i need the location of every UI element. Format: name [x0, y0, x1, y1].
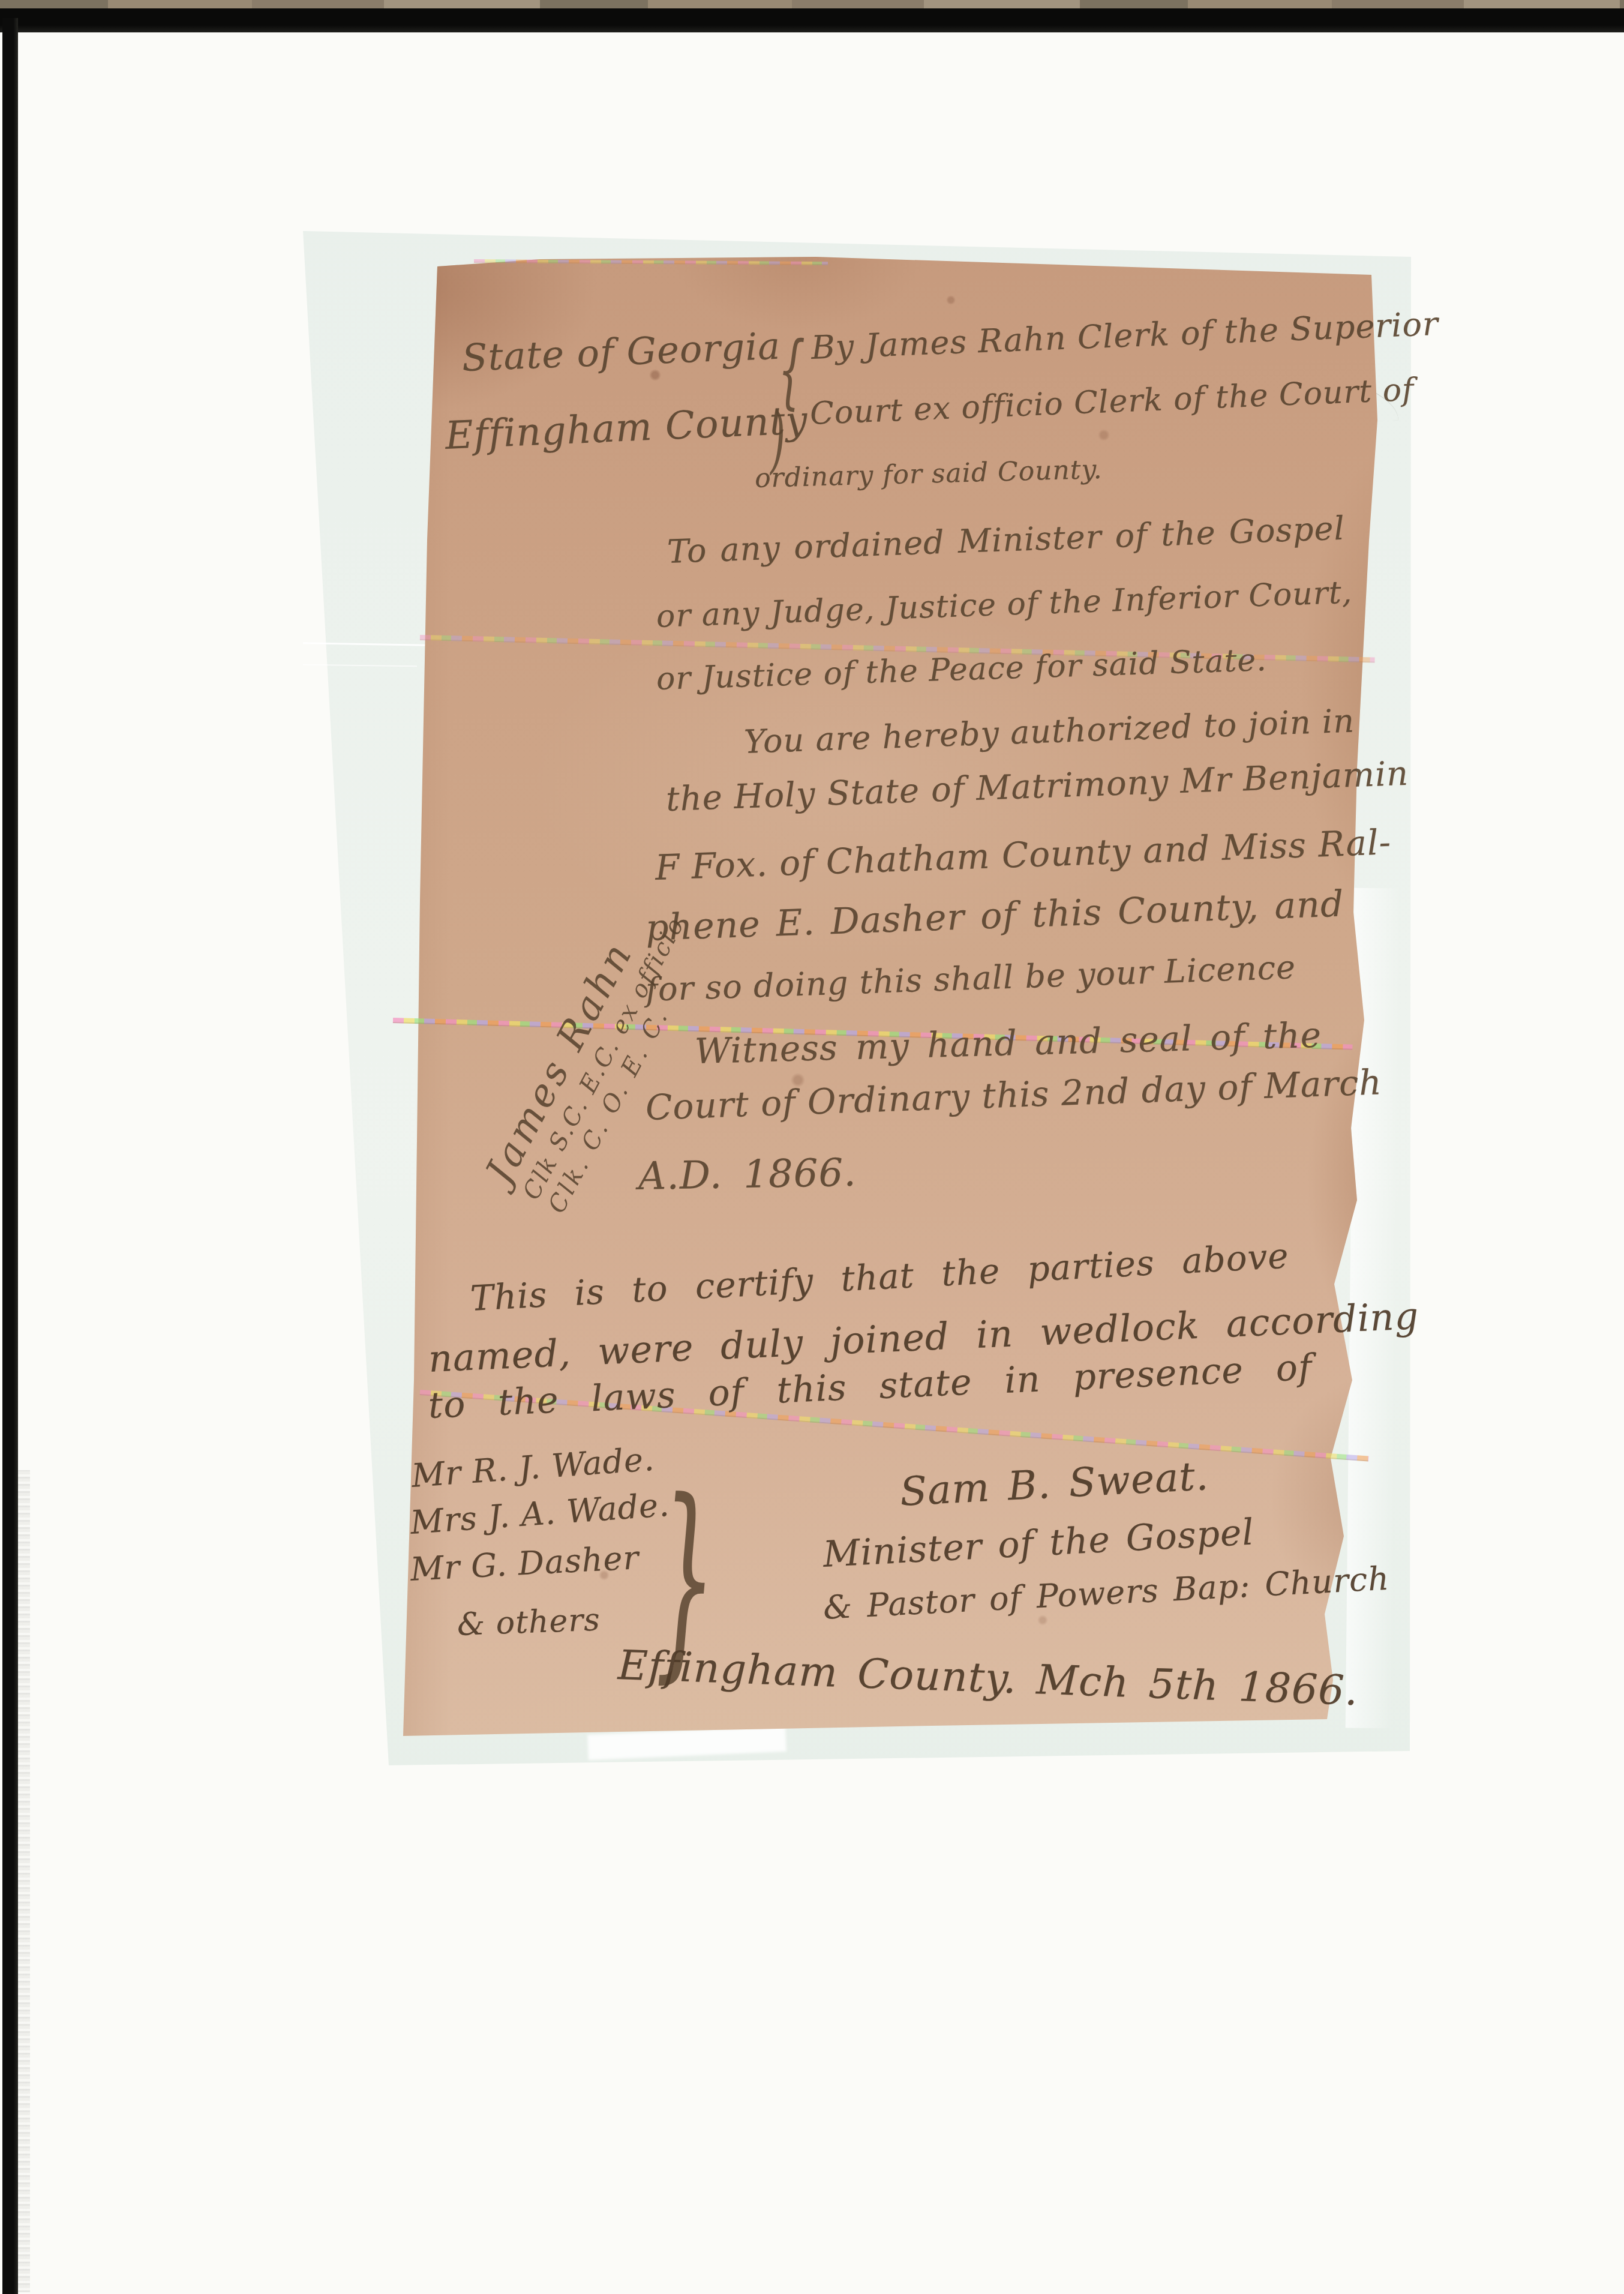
- scanned-page: State of Georgia Effingham County { ) By…: [0, 0, 1624, 2294]
- date-line: A.D. 1866.: [638, 1151, 857, 1199]
- scanner-lid-strip: [0, 0, 1624, 8]
- scan-edge-left: [2, 18, 18, 2294]
- witness-name-others: & others: [457, 1602, 601, 1643]
- scan-noise-left: [18, 1470, 30, 2292]
- scan-edge-top: [0, 8, 1624, 32]
